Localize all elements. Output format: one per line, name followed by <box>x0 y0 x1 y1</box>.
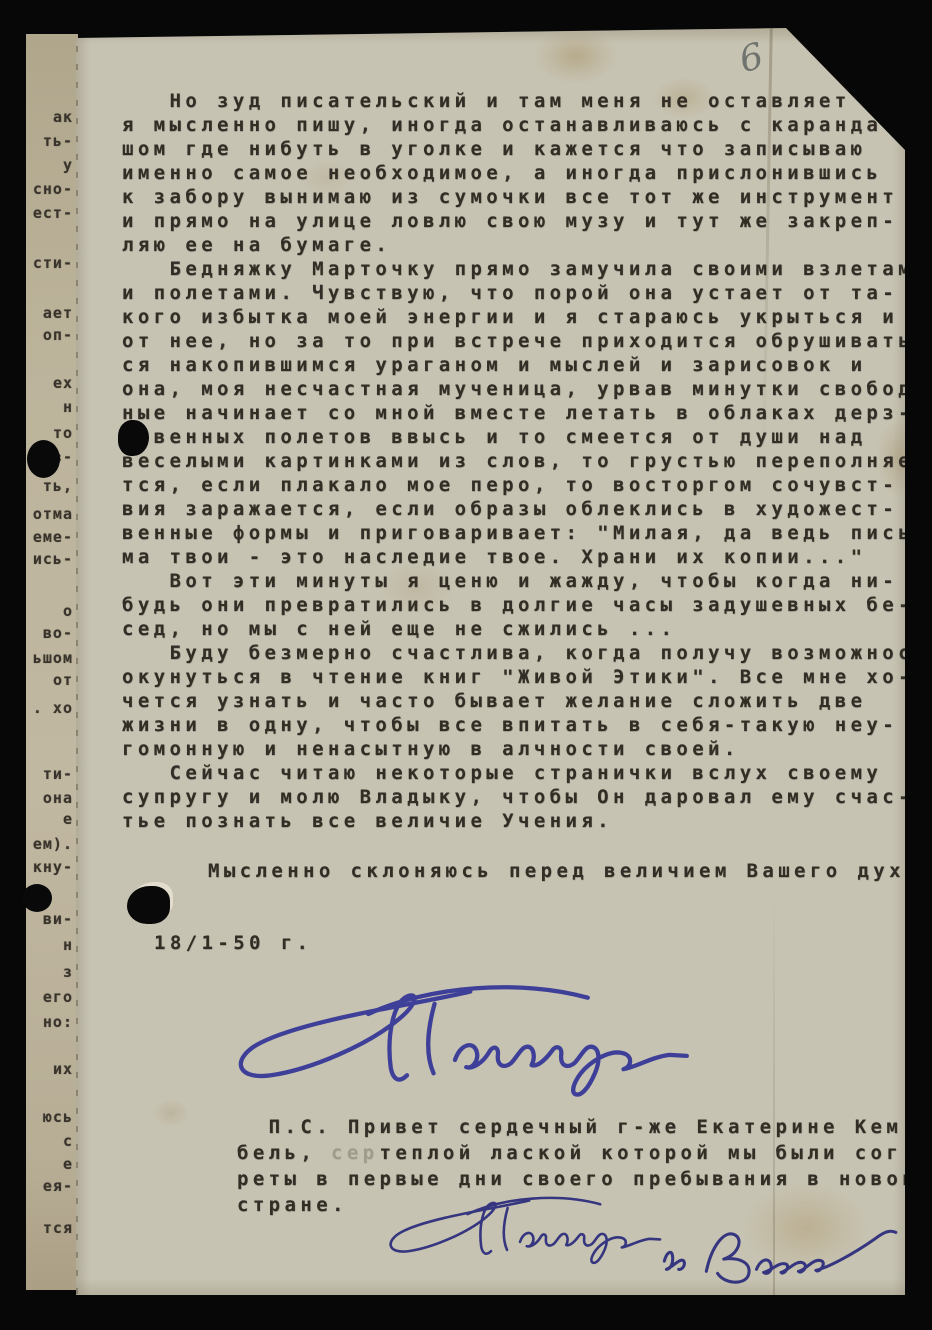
underlying-page-strip: акть-усно-ест-сти-аетоп-ехнтоиз-ть,отмае… <box>26 34 78 1290</box>
punch-hole-lower <box>127 886 170 924</box>
typed-line: окунуться в чтение книг "Живой Этики". В… <box>122 665 905 689</box>
margin-fragment: ем). <box>33 835 73 853</box>
margin-fragment: ись- <box>33 550 73 568</box>
punch-hole-strip-upper <box>27 440 60 478</box>
typed-line: тся, если плакало мое перо, то восторгом… <box>122 473 905 497</box>
margin-fragment: н <box>63 936 73 954</box>
margin-fragment: она <box>43 789 73 807</box>
margin-fragment: н <box>63 398 73 416</box>
margin-fragment: от <box>53 671 73 689</box>
typed-line: я мысленно пишу, иногда останавливаюсь с… <box>122 113 905 137</box>
typed-line: к забору вынимаю из сумочки все тот же и… <box>122 185 905 209</box>
margin-fragment: е <box>63 810 73 828</box>
signature-postscript-tamara <box>375 1188 665 1268</box>
margin-fragment: ея- <box>43 1177 73 1195</box>
typed-line: Вот эти минуты я ценю и жажду, чтобы ког… <box>122 569 905 593</box>
typed-line: Буду безмерно счастлива, когда получу во… <box>122 641 905 665</box>
closing-line: Мысленно склоняюсь перед величием Вашего… <box>208 860 905 882</box>
typed-line: Бедняжку Марточку прямо замучила своими … <box>122 257 905 281</box>
letter-body: Но зуд писательский и там меня не оставл… <box>122 89 905 833</box>
typed-line: сед, но мы с ней еще не сжились ... <box>122 617 905 641</box>
margin-fragment: сти- <box>33 254 73 272</box>
margin-fragment: ть- <box>43 132 73 150</box>
typed-line: кого избытка моей энергии и я стараюсь у… <box>122 305 905 329</box>
margin-fragment: сно- <box>33 180 73 198</box>
typed-line: вия заражается, если образы облеклись в … <box>122 497 905 521</box>
erased-word: сер <box>331 1140 379 1166</box>
margin-fragment: ьшом <box>33 649 73 667</box>
typed-line: чется узнать и часто бывает желание слож… <box>122 689 905 713</box>
margin-fragment: их <box>53 1060 73 1078</box>
typed-line: Сейчас читаю некоторые странички вслух с… <box>122 761 905 785</box>
margin-fragment: его <box>43 988 73 1006</box>
page-number: 6 <box>735 36 767 81</box>
margin-fragment: ех <box>53 374 73 392</box>
typed-line: ные начинает со мной вместе летать в обл… <box>122 401 905 425</box>
date-line: 18/1-50 г. <box>154 932 312 954</box>
typed-line: именно самое необходимое, а иногда присл… <box>122 161 905 185</box>
typed-line: тье познать все величие Учения. <box>122 809 905 833</box>
typed-line: Но зуд писательский и там меня не оставл… <box>122 89 905 113</box>
punch-hole-strip-lower <box>22 884 52 912</box>
margin-fragment: то <box>53 424 73 442</box>
margin-fragment: но: <box>43 1013 73 1031</box>
typed-line: супругу и молю Владыку, чтобы Он даровал… <box>122 785 905 809</box>
letter-sheet: 6 Но зуд писательский и там меня не оста… <box>76 28 905 1295</box>
margin-fragment: ест- <box>33 204 73 222</box>
typed-line: новенных полетов ввысь и то смеется от д… <box>122 425 905 449</box>
typed-line: гомонную и ненасытную в алчности своей. <box>122 737 905 761</box>
margin-fragment: ает <box>43 304 73 322</box>
typed-line: и полетами. Чувствую, что порой она уста… <box>122 281 905 305</box>
typed-line: ляю ее на бумаге. <box>122 233 905 257</box>
margin-fragment: с <box>63 1132 73 1150</box>
signature-postscript-vasiliy <box>650 1218 905 1295</box>
margin-fragment: ти- <box>43 765 73 783</box>
margin-fragment: ть, <box>43 477 73 495</box>
typed-line: она, моя несчастная мученица, урвав мину… <box>122 377 905 401</box>
margin-fragment: з <box>63 963 73 981</box>
typed-line: от нее, но за то при встрече приходится … <box>122 329 905 353</box>
torn-edge <box>76 28 78 1295</box>
typed-line: веселыми картинками из слов, то грустью … <box>122 449 905 473</box>
margin-fragment: . хо <box>33 699 73 717</box>
postscript-line: П.С. Привет сердечный г-же Екатерине Кем… <box>237 1114 905 1140</box>
typed-line: шом где нибуть в уголке и кажется что за… <box>122 137 905 161</box>
margin-fragment: е <box>63 1155 73 1173</box>
margin-fragment: отма <box>33 505 73 523</box>
margin-fragment: ви- <box>43 910 73 928</box>
margin-fragment: ак <box>53 108 73 126</box>
typed-line: ма твои - это наследие твое. Храни их ко… <box>122 545 905 569</box>
typed-line: жизни в одну, чтобы все впитать в себя-т… <box>122 713 905 737</box>
margin-fragment: еме- <box>33 528 73 546</box>
margin-fragment: оп- <box>43 326 73 344</box>
typed-line: и прямо на улице ловлю свою музу и тут ж… <box>122 209 905 233</box>
margin-fragment: кну- <box>33 858 73 876</box>
margin-fragment: о <box>63 602 73 620</box>
typed-line: будь они превратились в долгие часы заду… <box>122 593 905 617</box>
margin-fragment: тся <box>43 1219 73 1237</box>
scanned-letter-page: акть-усно-ест-сти-аетоп-ехнтоиз-ть,отмае… <box>0 0 932 1330</box>
margin-fragment: юсь <box>43 1108 73 1126</box>
margin-fragment: у <box>63 156 73 174</box>
typed-line: ся накопившимся ураганом и мыслей и зари… <box>122 353 905 377</box>
margin-fragment: во- <box>43 624 73 642</box>
typed-line: венные формы и приговаривает: "Милая, да… <box>122 521 905 545</box>
signature-main <box>215 972 695 1102</box>
